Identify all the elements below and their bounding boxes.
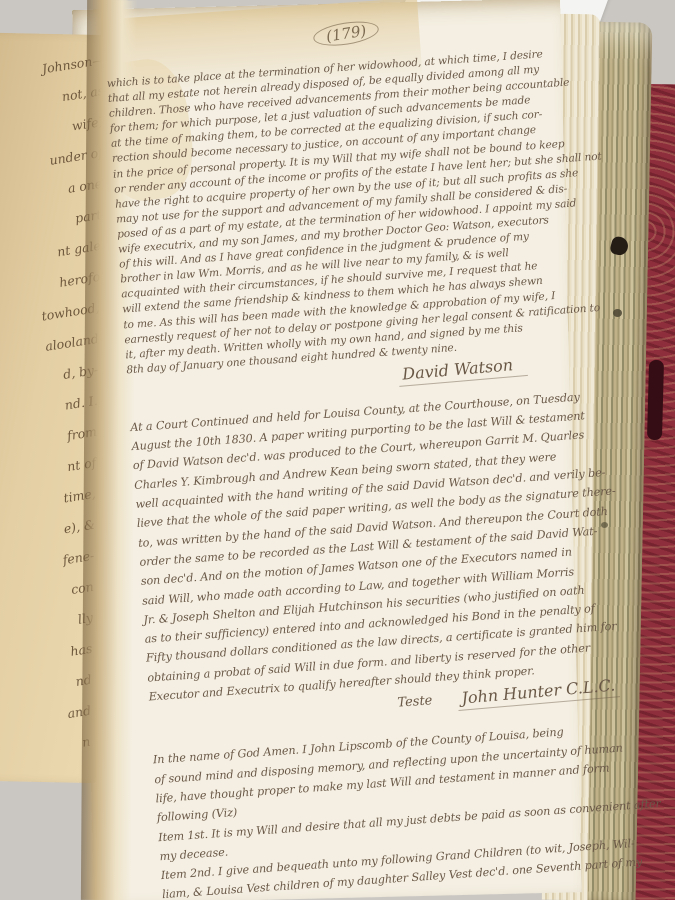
probate-record-lines: At a Court Continued and held for Louisa… [130, 385, 633, 707]
watson-will-section: which is to take place at the terminatio… [106, 44, 611, 404]
manuscript-text: (179) which is to take place at the term… [104, 6, 646, 900]
lipscomb-will-section: In the name of God Amen. I John Lipscomb… [152, 718, 645, 900]
cover-shadow-streak [647, 360, 664, 440]
fore-edge-spot [613, 309, 622, 317]
watson-will-lines: which is to take place at the terminatio… [106, 44, 609, 378]
photograph-of-open-ledger: Johnson—not, aswife)under ofa onepartnt … [0, 0, 675, 900]
probate-record-section: At a Court Continued and held for Louisa… [130, 385, 634, 731]
signature-david-watson: David Watson [398, 354, 528, 387]
lipscomb-will-lines: In the name of God Amen. I John Lipscomb… [152, 718, 645, 900]
attestation-word: Teste [397, 694, 433, 711]
